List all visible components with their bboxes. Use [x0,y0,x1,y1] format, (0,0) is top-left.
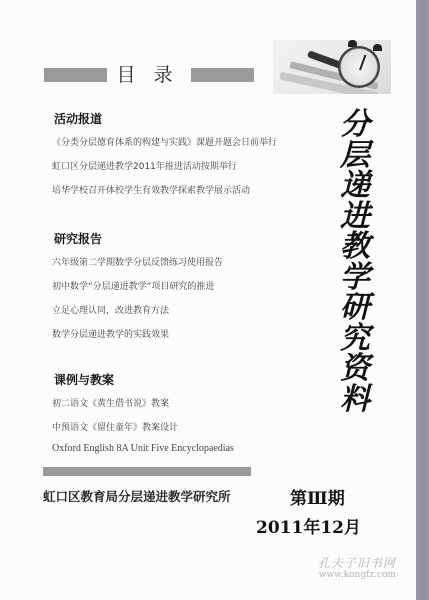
alarm-clock-photo [273,22,391,94]
title-char: 教 [340,232,370,263]
toc-item[interactable]: 初中数学“分层递进教学”项目研究的推进 [52,279,214,292]
toc-item[interactable]: 立足心理认同，改进教育方法 [52,303,169,316]
publisher-name: 虹口区教育局分层递进教学研究所 [43,487,231,505]
book-spine-edge [416,0,429,600]
clock-bell-icon [373,44,382,51]
toc-header: 目录 [44,66,254,84]
title-char: 学 [340,263,370,294]
title-char: 研 [340,293,370,324]
toc-item[interactable]: 培华学校召开体校学生有效教学探索教学展示活动 [52,183,250,196]
footer-divider-bar [43,467,251,476]
section-title-research-reports: 研究报告 [54,230,102,247]
title-char: 料 [340,385,370,416]
toc-item[interactable]: 中预语文《留住童年》教案设计 [52,420,178,433]
title-char: 究 [340,324,370,355]
section-title-lessons-and-plans: 课例与教案 [54,371,114,388]
toc-header-bar-right [191,68,254,82]
title-char: 分 [340,110,370,141]
issue-date: 2011年12月 [256,513,361,538]
vertical-cover-title: 分 层 递 进 教 学 研 究 资 料 [330,110,380,415]
issue-number: 第Ⅲ期 [290,484,345,509]
toc-item[interactable]: 数学分层递进教学的实践效果 [52,327,169,340]
watermark: 孔夫子旧书网 www.kongfz.com [318,557,396,581]
toc-title: 目录 [107,66,191,84]
toc-item[interactable]: 初二语文《黄生借书说》教案 [52,396,169,409]
magazine-page: 目录 活动报道 《分类分层德育体系的构建与实践》课题开题会日前举行 虹口区分层递… [0,0,416,600]
toc-item[interactable]: 《分类分层德育体系的构建与实践》课题开题会日前举行 [52,135,277,148]
toc-header-bar-left [44,68,107,82]
toc-item[interactable]: Oxford English 8A Unit Five Encyclopaedi… [52,443,234,454]
section-title-activity-reports: 活动报道 [54,110,102,127]
title-char: 层 [340,141,370,172]
title-char: 进 [340,202,370,233]
title-char: 递 [340,171,370,202]
toc-item[interactable]: 虹口区分层递进教学2011年推进活动按期举行 [52,159,237,172]
title-char: 资 [340,354,370,385]
watermark-text: 孔夫子旧书网 [318,557,396,570]
watermark-url: www.kongfz.com [318,570,396,581]
toc-item[interactable]: 六年级第二学期数学分层反馈练习使用报告 [52,255,223,268]
